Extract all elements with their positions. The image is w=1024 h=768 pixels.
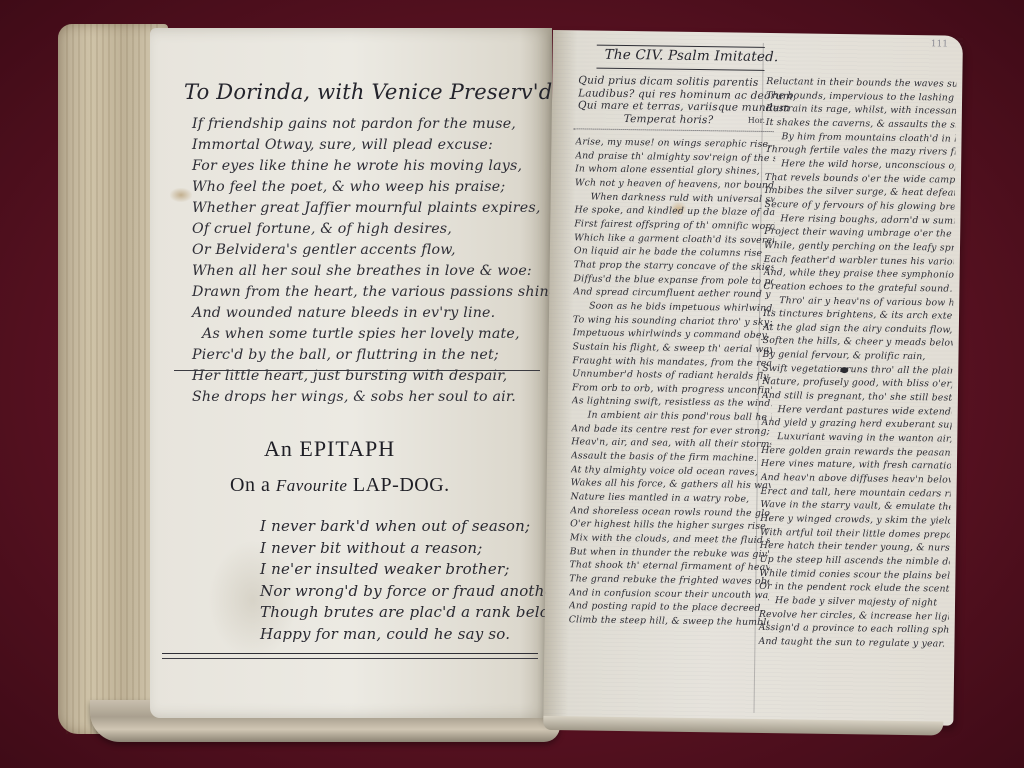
poem-line: For eyes like thine he wrote his moving … bbox=[192, 156, 532, 177]
end-rule bbox=[162, 653, 538, 654]
section-divider-rule bbox=[174, 370, 540, 371]
poem-line: I never bit without a reason; bbox=[260, 538, 560, 560]
poem-epitaph: I never bark'd when out of season; I nev… bbox=[260, 516, 560, 645]
psalm-column-b: Reluctant in their bounds the waves subs… bbox=[758, 75, 956, 651]
poem-line: Though brutes are plac'd a rank below, bbox=[260, 602, 560, 624]
open-manuscript-book: To Dorinda, with Venice Preserv'd. If fr… bbox=[0, 0, 1024, 768]
poem-line: Or Belvidera's gentler accents flow, bbox=[192, 240, 532, 261]
left-page: To Dorinda, with Venice Preserv'd. If fr… bbox=[150, 28, 552, 718]
page-number: 111 bbox=[931, 39, 948, 49]
psalm-column-a: Arise, my muse! on wings seraphic rise, … bbox=[569, 135, 776, 629]
poem-line: Nor wrong'd by force or fraud another. bbox=[260, 581, 560, 603]
poem-line: And taught the sun to regulate y year. bbox=[758, 635, 948, 651]
poem-to-dorinda: If friendship gains not pardon for the m… bbox=[192, 114, 532, 408]
dotted-divider bbox=[574, 128, 774, 132]
epitaph-title: An EPITAPH bbox=[264, 436, 395, 462]
poem-title-to-dorinda: To Dorinda, with Venice Preserv'd. bbox=[184, 80, 559, 104]
poem-line: Of cruel fortune, & of high desires, bbox=[192, 219, 532, 240]
psalm-title: The CIV. Psalm Imitated. bbox=[605, 47, 779, 65]
poem-line: Pierc'd by the ball, or fluttring in the… bbox=[192, 345, 532, 366]
poem-line: She drops her wings, & sobs her soul to … bbox=[192, 387, 532, 408]
poem-line: Immortal Otway, sure, will plead excuse: bbox=[192, 135, 532, 156]
right-page: 111 The CIV. Psalm Imitated. Quid prius … bbox=[543, 30, 963, 726]
poem-line: When all her soul she breathes in love &… bbox=[192, 261, 532, 282]
epitaph-subtitle-prefix: On a bbox=[230, 474, 276, 496]
poem-line: And wounded nature bleeds in ev'ry line. bbox=[192, 303, 532, 324]
poem-line: As when some turtle spies her lovely mat… bbox=[192, 324, 532, 345]
epitaph-subtitle-suffix: LAP-DOG. bbox=[347, 474, 449, 496]
poem-line: I never bark'd when out of season; bbox=[260, 516, 560, 538]
epitaph-subtitle-italic: Favourite bbox=[276, 476, 348, 495]
poem-line: I ne'er insulted weaker brother; bbox=[260, 559, 560, 581]
epitaph-subtitle: On a Favourite LAP-DOG. bbox=[230, 474, 450, 497]
poem-line: Whether great Jaffier mournful plaints e… bbox=[192, 198, 532, 219]
poem-line: Happy for man, could he say so. bbox=[260, 624, 560, 646]
poem-line: If friendship gains not pardon for the m… bbox=[192, 114, 532, 135]
ink-blot bbox=[840, 367, 848, 373]
psalm-title-box: The CIV. Psalm Imitated. bbox=[596, 45, 764, 71]
poem-line: Drawn from the heart, the various passio… bbox=[192, 282, 532, 303]
poem-line: Climb the steep hill, & sweep the humble… bbox=[569, 613, 769, 629]
paper-stain bbox=[170, 188, 192, 202]
end-rule bbox=[162, 658, 538, 659]
poem-line: Who feel the poet, & who weep his praise… bbox=[192, 177, 532, 198]
